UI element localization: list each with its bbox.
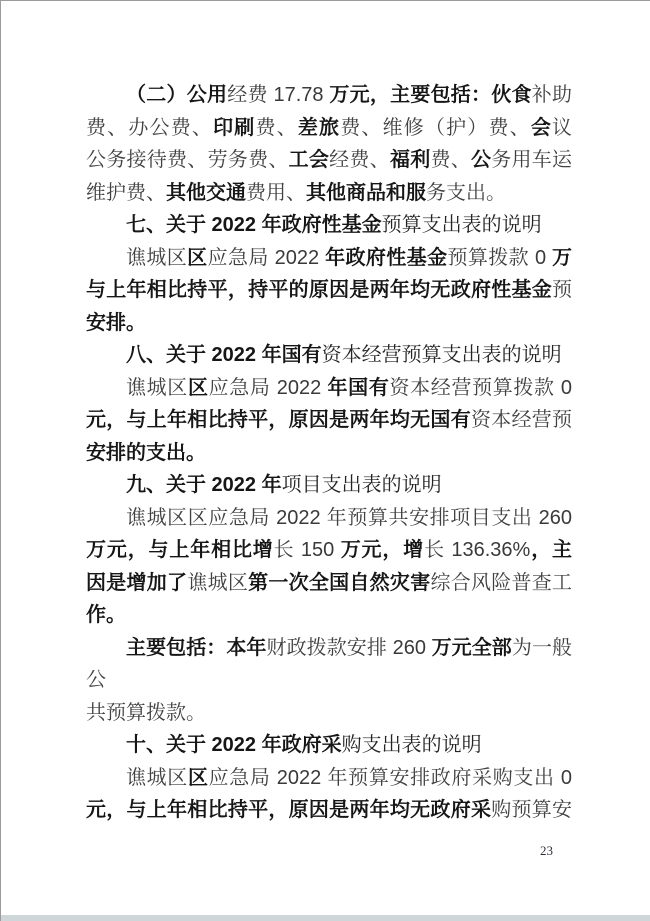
text-segment: 谯城区: [187, 572, 248, 594]
text-line: 共预算拨款。: [86, 697, 572, 730]
text-segment: 作。: [86, 604, 126, 626]
text-segment: 工会: [289, 149, 330, 171]
text-segment: 因是增加了: [86, 572, 187, 594]
text-segment: 第一次全国自然灾害: [248, 572, 430, 594]
text-segment: 十、关于 2022 年政府采: [126, 734, 342, 756]
text-segment: 安排的支出。: [86, 442, 206, 464]
text-segment: 应急局: [209, 767, 271, 789]
text-segment: 区: [188, 377, 209, 399]
text-segment: 其他商品和服: [306, 182, 426, 204]
text-segment: 260: [533, 507, 572, 529]
text-segment: 会: [531, 117, 552, 139]
document-page: （二）公用经费 17.78 万元，主要包括：伙食补助费、办公费、印刷费、差旅费、…: [0, 0, 650, 921]
text-segment: 应急局: [209, 377, 271, 399]
text-line: 费、办公费、印刷费、差旅费、维修（护）费、会议费、: [86, 112, 572, 145]
text-segment: 17.78: [268, 84, 330, 106]
text-segment: 费、维修（护）费、: [340, 117, 531, 139]
text-line: 作。: [86, 599, 572, 632]
text-segment: 补助: [532, 84, 572, 106]
text-line: 万元，与上年相比增长 150 万元，增长 136.36%，主要原: [86, 534, 572, 567]
text-segment: 费用、: [246, 182, 306, 204]
text-segment: 2022: [269, 247, 325, 269]
text-segment: （二）公用: [126, 84, 227, 106]
text-segment: 预算支出表的说明: [382, 214, 542, 236]
text-segment: 综合风险普查工: [430, 572, 572, 594]
text-segment: 项目支出表的说明: [282, 474, 442, 496]
text-segment: 2022: [271, 377, 328, 399]
text-segment: 区: [187, 247, 207, 269]
text-segment: 年预算共安排项目支出: [327, 507, 533, 529]
text-segment: 七、关于 2022 年政府性基金: [126, 214, 382, 236]
text-segment: 费、: [430, 149, 471, 171]
text-line: 元，与上年相比持平，原因是两年均无政府采购预算安排: [86, 794, 572, 827]
section-heading: 八、关于 2022 年国有资本经营预算支出表的说明: [86, 339, 572, 372]
text-segment: 费、办公费、: [86, 117, 213, 139]
text-segment: 0: [555, 377, 572, 399]
text-segment: 年政府性基金: [325, 247, 447, 269]
text-segment: 万元，主要包括：伙食: [329, 84, 531, 106]
text-segment: 购支出表的说明: [342, 734, 482, 756]
text-line: 安排。: [86, 307, 572, 340]
text-segment: 150: [295, 539, 341, 561]
text-segment: 八、关于 2022 年国有: [126, 344, 322, 366]
text-line: 谯城区区应急局 2022 年预算共安排项目支出 260: [86, 502, 572, 535]
text-line: 谯城区区应急局 2022 年国有资本经营预算拨款 0 万: [86, 372, 572, 405]
text-segment: 136.36%: [445, 539, 530, 561]
text-segment: 经费、: [329, 149, 390, 171]
text-segment: 印刷: [213, 117, 255, 139]
text-line: 安排的支出。: [86, 437, 572, 470]
text-segment: 区: [188, 767, 209, 789]
text-segment: 万元全部: [432, 637, 512, 659]
text-segment: 预算拨款: [447, 247, 529, 269]
text-segment: 2022: [271, 767, 328, 789]
text-segment: 与上年相比持平，持平的原因是两年均无政府性基金: [86, 279, 552, 301]
text-segment: 0: [529, 247, 552, 269]
text-line: 元，与上年相比持平，原因是两年均无国有资本经营预算: [86, 404, 572, 437]
text-segment: 万元，增: [341, 539, 424, 561]
text-segment: 为一般: [512, 637, 572, 659]
text-line: 公: [86, 664, 572, 697]
text-segment: 长: [424, 539, 445, 561]
text-segment: 公务接待费、劳务费、: [86, 149, 289, 171]
text-segment: 元，与上年相比持平，原因是两年均无政府采: [86, 799, 491, 821]
text-segment: 万元，与上年相比增: [86, 539, 274, 561]
text-line: 主要包括：本年财政拨款安排 260 万元全部为一般: [86, 632, 572, 665]
text-line: 因是增加了谯城区第一次全国自然灾害综合风险普查工: [86, 567, 572, 600]
text-segment: 年预算安排政府采购支出: [328, 767, 555, 789]
text-segment: 谯城区区应急局: [126, 507, 270, 529]
text-line: （二）公用经费 17.78 万元，主要包括：伙食补助: [86, 79, 572, 112]
text-segment: 其他交通: [166, 182, 246, 204]
text-line: 公务接待费、劳务费、工会经费、福利费、公务用车运行: [86, 144, 572, 177]
text-segment: 公: [86, 669, 106, 691]
page-number: 23: [540, 843, 553, 859]
text-segment: 费、: [255, 117, 297, 139]
section-heading: 九、关于 2022 年项目支出表的说明: [86, 469, 572, 502]
text-segment: 2022: [270, 507, 327, 529]
text-segment: 主要包括：本年: [126, 637, 267, 659]
text-segment: 维护费、: [86, 182, 166, 204]
text-segment: 资本经营预算支出表的说明: [322, 344, 562, 366]
text-line: 与上年相比持平，持平的原因是两年均无政府性基金预算: [86, 274, 572, 307]
text-segment: 差旅: [298, 117, 340, 139]
text-line: 维护费、其他交通费用、其他商品和服务支出。: [86, 177, 572, 210]
text-segment: 260: [387, 637, 432, 659]
text-segment: 谯城区: [126, 767, 188, 789]
text-segment: 九、关于 2022 年: [126, 474, 282, 496]
text-segment: 共预算拨款。: [86, 702, 206, 724]
text-segment: 长: [274, 539, 295, 561]
page-bottom-edge: [1, 915, 650, 921]
text-segment: 安排。: [86, 312, 146, 334]
text-segment: 福利: [390, 149, 431, 171]
text-line: 谯城区区应急局 2022 年预算安排政府采购支出 0 万: [86, 762, 572, 795]
text-segment: 元，与上年相比持平，原因是两年均无国有: [86, 409, 471, 431]
text-segment: 谯城区: [126, 377, 188, 399]
text-segment: 公: [471, 149, 491, 171]
text-segment: 务支出。: [426, 182, 506, 204]
section-heading: 十、关于 2022 年政府采购支出表的说明: [86, 729, 572, 762]
section-heading: 七、关于 2022 年政府性基金预算支出表的说明: [86, 209, 572, 242]
text-segment: 谯城区: [126, 247, 187, 269]
text-segment: 应急局: [208, 247, 269, 269]
text-segment: 经费: [227, 84, 267, 106]
text-segment: 年国有: [328, 377, 390, 399]
text-segment: 0: [555, 767, 572, 789]
text-segment: 财政拨款安排: [267, 637, 387, 659]
text-block: （二）公用经费 17.78 万元，主要包括：伙食补助费、办公费、印刷费、差旅费、…: [86, 79, 572, 827]
text-segment: 资本经营预算拨款: [389, 377, 554, 399]
text-line: 谯城区区应急局 2022 年政府性基金预算拨款 0 万元，: [86, 242, 572, 275]
